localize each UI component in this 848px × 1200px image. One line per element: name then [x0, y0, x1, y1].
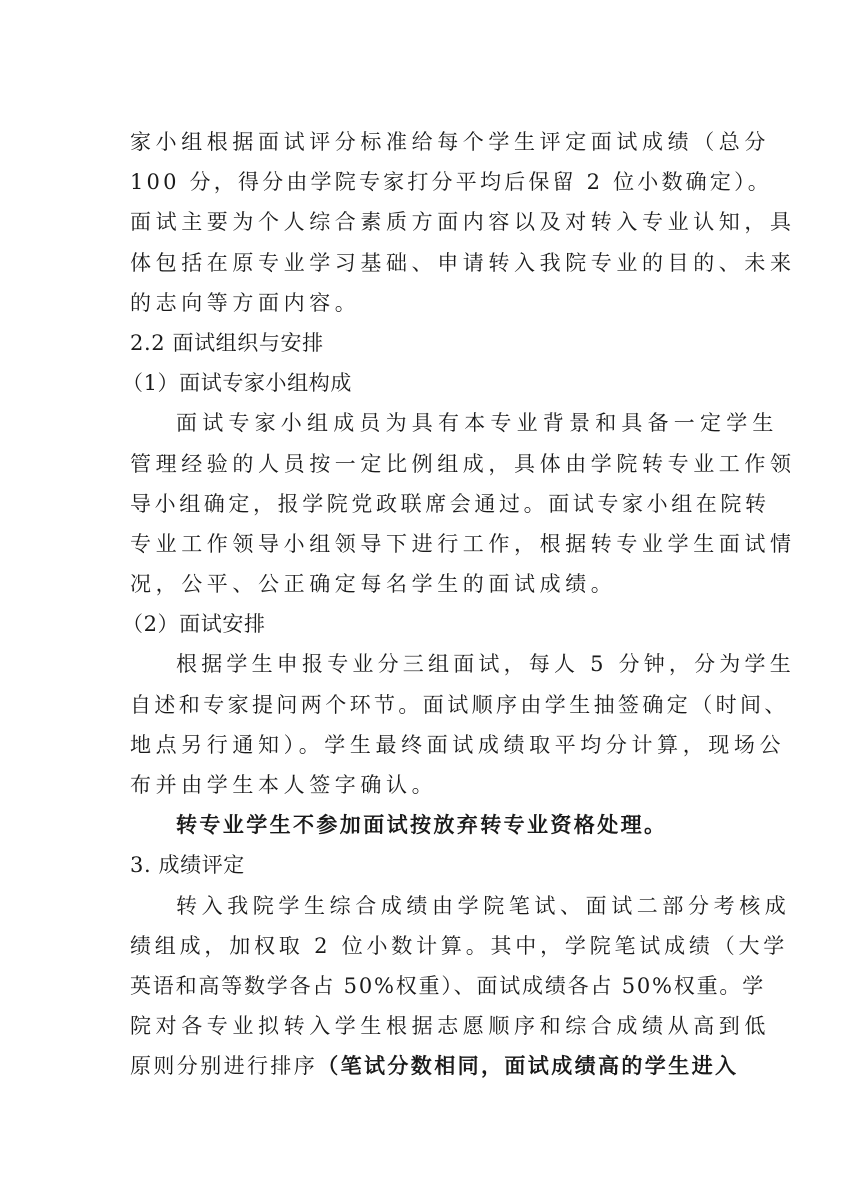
section-heading-2-2: 2.2 面试组织与安排 — [130, 323, 720, 363]
paragraph-line: 面试主要为个人综合素质方面内容以及对转入专业认知，具 — [130, 202, 720, 242]
document-page: 家小组根据面试评分标准给每个学生评定面试成绩（总分 100 分，得分由学院专家打… — [130, 122, 720, 1087]
paragraph-line: 面试专家小组成员为具有本专业背景和具备一定学生 — [130, 403, 720, 443]
paragraph-line: 原则分别进行排序（笔试分数相同，面试成绩高的学生进入 — [130, 1046, 720, 1086]
paragraph-line: 布并由学生本人签字确认。 — [130, 765, 720, 805]
paragraph-line: 况，公平、公正确定每名学生的面试成绩。 — [130, 564, 720, 604]
paragraph-line: 专业工作领导小组领导下进行工作，根据转专业学生面试情 — [130, 524, 720, 564]
bold-emphasis-text: （笔试分数相同，面试成绩高的学生进入 — [317, 1053, 738, 1078]
paragraph-line: 绩组成，加权取 2 位小数计算。其中，学院笔试成绩（大学 — [130, 926, 720, 966]
paragraph-line: 家小组根据面试评分标准给每个学生评定面试成绩（总分 — [130, 122, 720, 162]
paragraph-line: 根据学生申报专业分三组面试，每人 5 分钟，分为学生 — [130, 644, 720, 684]
section-heading-3: 3. 成绩评定 — [130, 845, 720, 885]
paragraph-text: 原则分别进行排序 — [130, 1054, 317, 1078]
paragraph-line: 自述和专家提问两个环节。面试顺序由学生抽签确定（时间、 — [130, 685, 720, 725]
paragraph-line: 100 分，得分由学院专家打分平均后保留 2 位小数确定）。 — [130, 162, 720, 202]
paragraph-line: 院对各专业拟转入学生根据志愿顺序和综合成绩从高到低 — [130, 1006, 720, 1046]
paragraph-line: 英语和高等数学各占 50%权重）、面试成绩各占 50%权重。学 — [130, 966, 720, 1006]
subsection-heading-expert-panel: （1）面试专家小组构成 — [122, 363, 720, 403]
paragraph-line: 导小组确定，报学院党政联席会通过。面试专家小组在院转 — [130, 484, 720, 524]
bold-notice: 转专业学生不参加面试按放弃转专业资格处理。 — [130, 805, 720, 845]
subsection-heading-interview-arrangement: （2）面试安排 — [122, 604, 720, 644]
paragraph-line: 地点另行通知）。学生最终面试成绩取平均分计算，现场公 — [130, 725, 720, 765]
paragraph-line: 体包括在原专业学习基础、申请转入我院专业的目的、未来 — [130, 243, 720, 283]
paragraph-line: 转入我院学生综合成绩由学院笔试、面试二部分考核成 — [130, 886, 720, 926]
paragraph-line: 的志向等方面内容。 — [130, 283, 720, 323]
paragraph-line: 管理经验的人员按一定比例组成，具体由学院转专业工作领 — [130, 444, 720, 484]
